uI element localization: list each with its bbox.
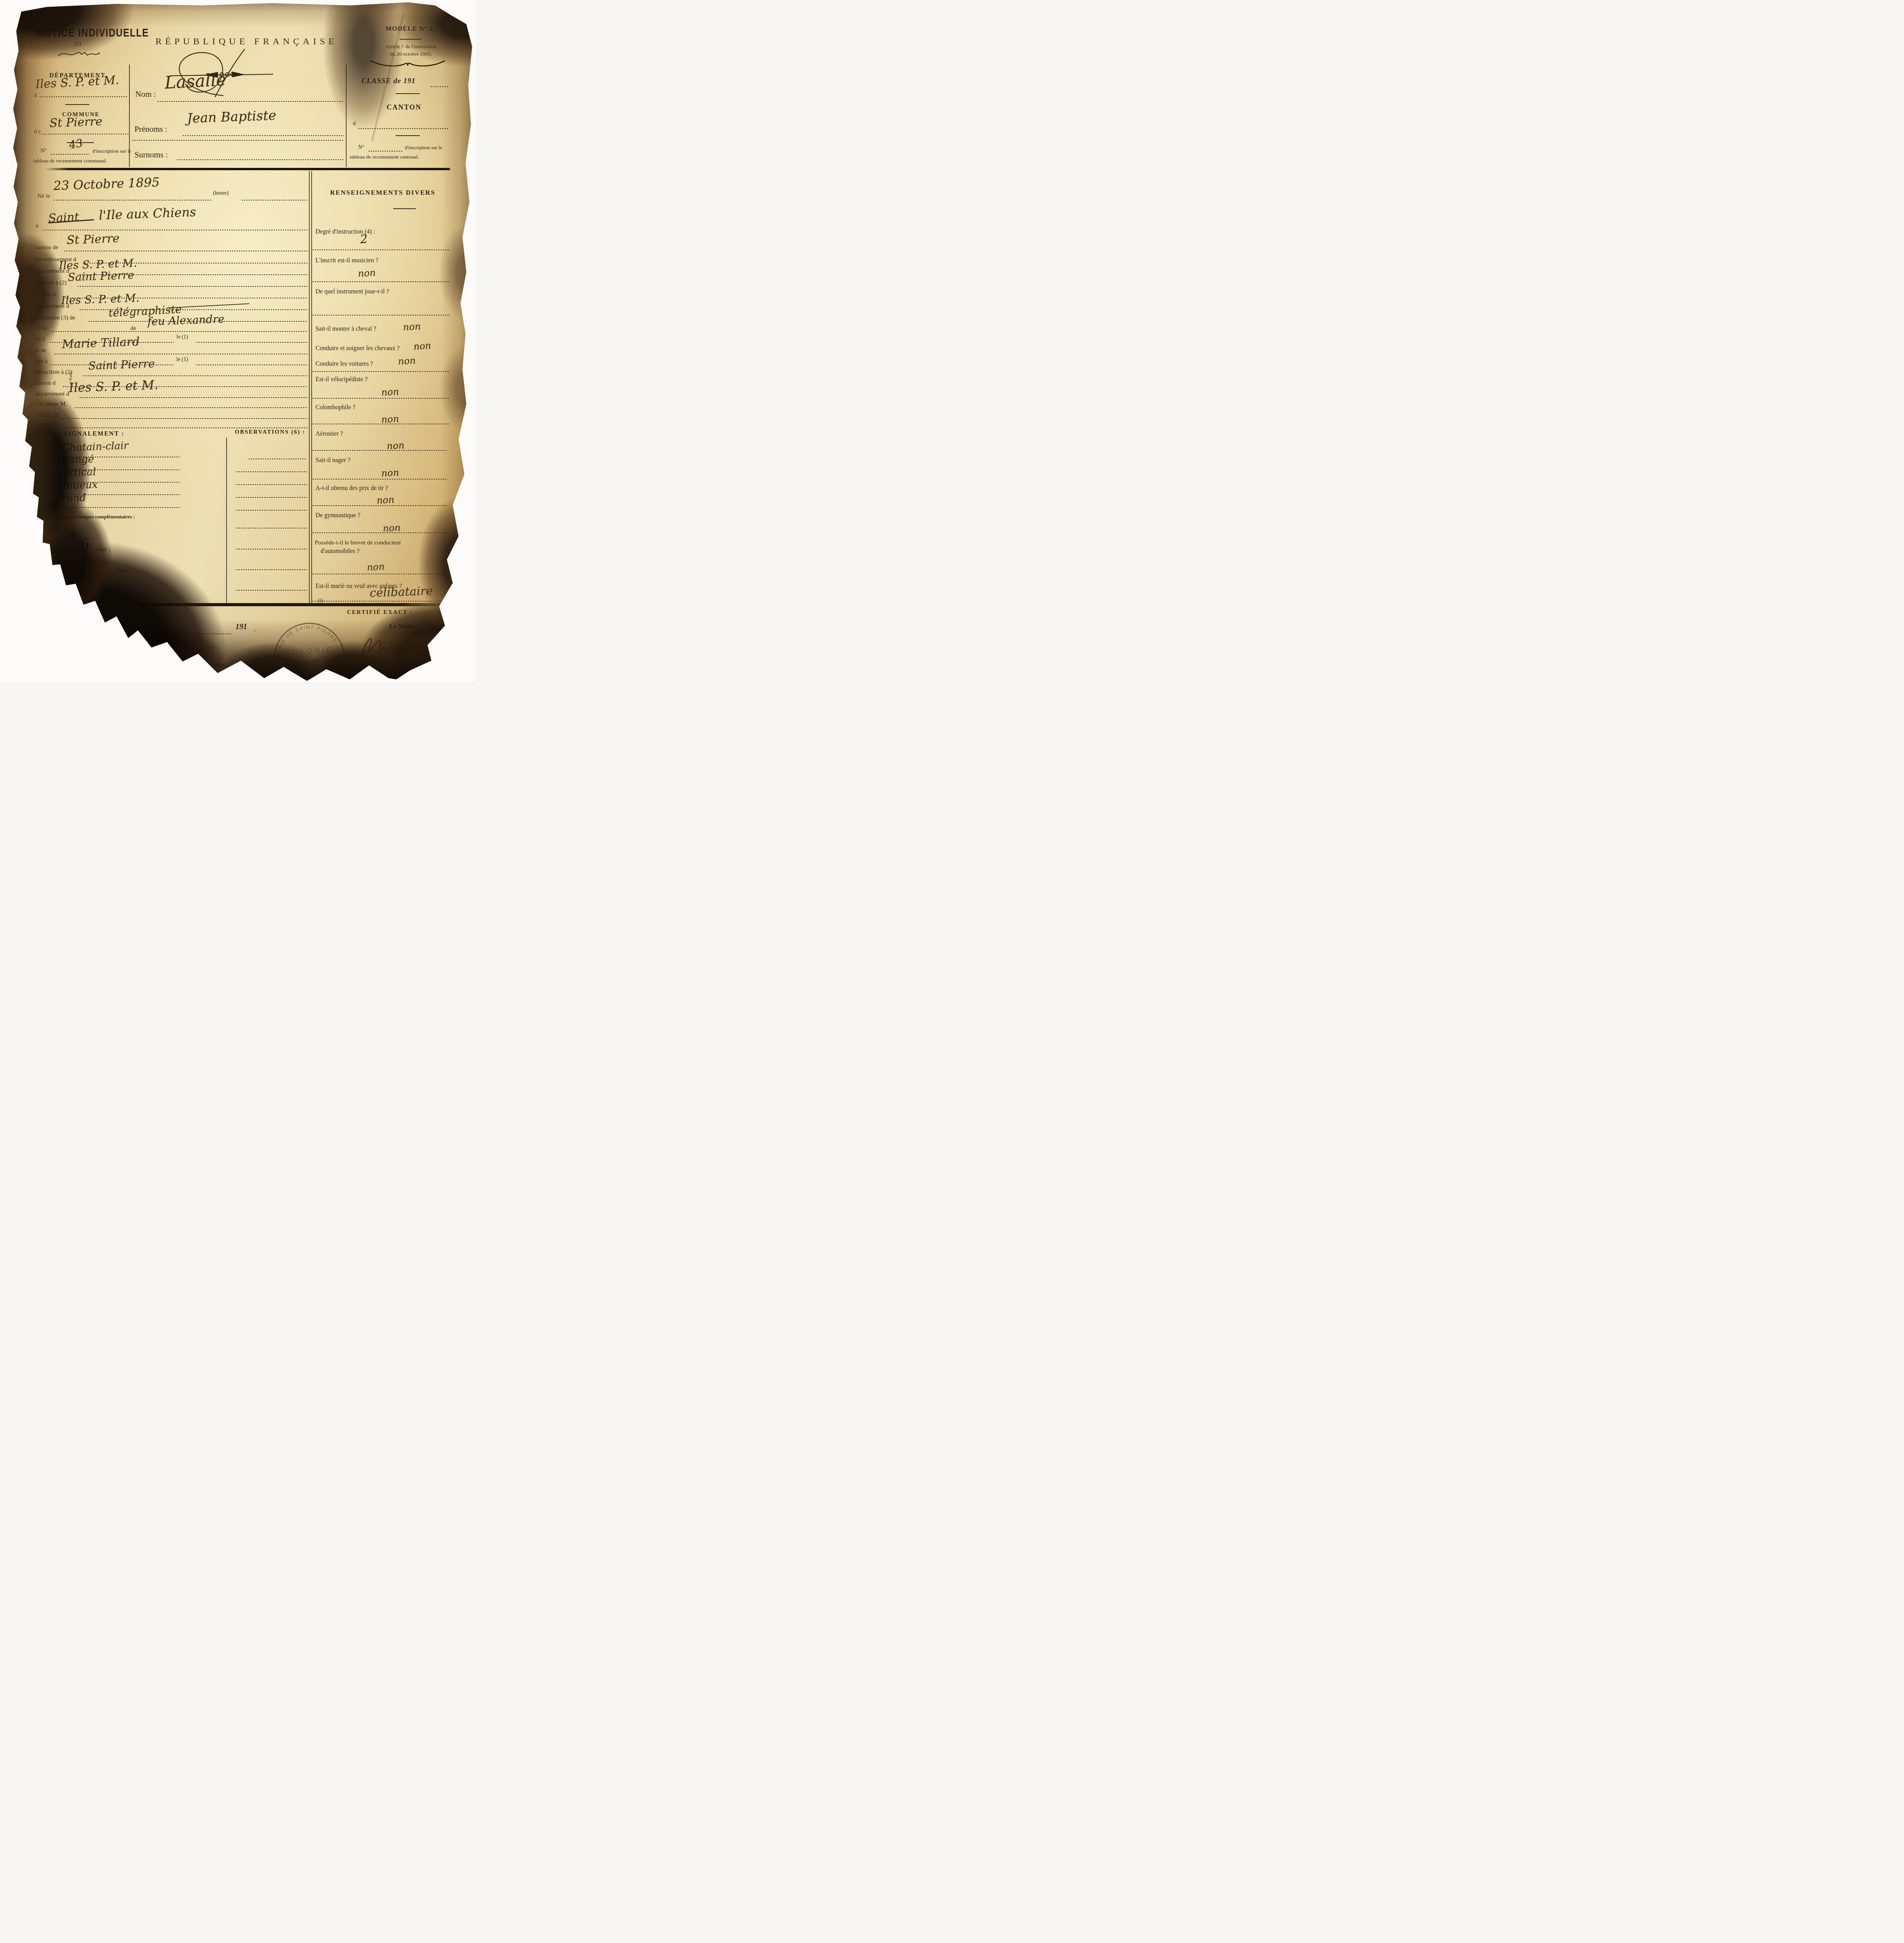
question-label: Aérostier ? — [316, 431, 343, 438]
departement-prefix: d — [34, 92, 37, 99]
observations-dotline — [236, 510, 307, 511]
civil-row-dotline — [54, 200, 211, 201]
left-cell-rule1 — [65, 104, 89, 105]
question-dotline — [312, 315, 449, 316]
canton-dotline — [358, 128, 448, 129]
taille-unit: cent. ; — [96, 546, 111, 553]
printer-imprint: et Paris. — [68, 371, 73, 385]
body-divider-outer — [309, 171, 310, 603]
question-label: De quel instrument joue-t-il ? — [316, 288, 389, 295]
renseignements-title: RENSEIGNEMENTS DIVERS — [319, 189, 447, 197]
signalement-entry: orangé — [58, 454, 94, 466]
observations-dotline — [236, 471, 307, 472]
commune-dotline — [41, 134, 128, 134]
civil-row-dotline — [75, 407, 308, 408]
notice-footnote: (1) — [75, 41, 81, 47]
observations-title: OBSERVATIONS (6) : — [233, 429, 307, 436]
communal-num-suffix: d'inscription sur le — [92, 148, 131, 154]
stamp-mairie-text: de la Mairie. — [298, 670, 328, 682]
question-dotline — [312, 371, 449, 372]
observations-dotline — [236, 569, 307, 570]
observations-divider — [226, 438, 227, 603]
question-answer: 2 — [360, 234, 368, 246]
classe-dotline — [431, 86, 449, 87]
nom-value: Lasalle — [164, 72, 227, 92]
observations-dotline — [236, 590, 307, 591]
question-answer: non — [381, 468, 399, 478]
question-dotline — [312, 424, 449, 424]
civil-row-dotline — [60, 418, 308, 419]
question-label: Est-il vélocipédiste ? — [316, 376, 368, 383]
question-dotline — [312, 479, 448, 480]
civil-row-dotline — [51, 331, 308, 332]
civil-row-value: feu Alexandre — [147, 314, 225, 327]
departement-value: Iles S. P. et M. — [35, 75, 119, 91]
civil-row-dotline — [196, 365, 308, 365]
burned-paper-sheet: NOTICE INDIVIDUELLE (1) RÉPUBLIQUE FRANÇ… — [0, 0, 476, 682]
question-answer: non — [398, 356, 416, 366]
civil-row-value: 23 Octobre 1895 — [53, 176, 160, 192]
mairie-stamp: MAIRIE DE SAINT-PIERRE COLONIE Cachet de… — [264, 613, 354, 682]
particulieres-label: rticulières : — [58, 589, 84, 595]
footer-date-dotline — [155, 633, 232, 634]
question-answer: non — [358, 268, 376, 278]
right-cell-rule2 — [396, 135, 420, 136]
civil-row-label: Profession (3) de — [34, 314, 75, 321]
civil-row-dotline — [84, 375, 308, 376]
metre-label: ètre — [71, 567, 79, 574]
civil-row-dotline — [196, 342, 308, 343]
civil-row-dotline — [242, 200, 308, 201]
question-label: L'inscrit est-il musicien ? — [316, 257, 378, 264]
question-dotline — [312, 249, 449, 250]
signalement-entry: Chatain-clair — [62, 441, 129, 453]
nom-label: Nom : — [135, 89, 156, 99]
question-answer: non — [367, 562, 385, 572]
metre-unit: cent. ; — [117, 567, 132, 574]
question-dotline — [312, 398, 449, 399]
civil-row-value: Saint Pierre — [88, 358, 155, 372]
civil-row-dotline — [64, 251, 308, 251]
civil-row-label: ement d — [36, 421, 55, 428]
question-answer: non — [381, 414, 399, 424]
footer-le-prefix: Le — [176, 663, 182, 670]
canton-label: CANTON — [387, 103, 422, 112]
question-dotline — [312, 601, 445, 602]
brace-ornament — [370, 59, 446, 69]
article-line1: Article 7 de l'instruction — [369, 44, 453, 50]
civil-row-label: canton d — [35, 291, 56, 298]
center-empty-dotline — [132, 140, 344, 141]
form-content: NOTICE INDIVIDUELLE (1) RÉPUBLIQUE FRANÇ… — [0, 0, 476, 682]
signalement-dotline — [58, 507, 180, 508]
right-cell-rule1 — [396, 93, 420, 94]
certifie-label: CERTIFIÉ EXACT : — [347, 609, 413, 616]
question-answer: non — [381, 387, 399, 397]
surnoms-label: Surnoms : — [134, 150, 168, 160]
footer-le-label: le — [148, 624, 152, 631]
grid-divider-right — [346, 65, 347, 167]
footer-prefet-label: Préfet, — [210, 662, 226, 669]
signalement-entry: rond — [62, 493, 86, 504]
stamp-colonie-text: COLONIE — [284, 646, 333, 657]
civil-row-label: canton de — [35, 244, 58, 251]
civil-row-label: née à — [35, 358, 47, 365]
question-label: Conduire les voitures ? — [316, 361, 373, 368]
civil-row-dotline — [43, 230, 308, 230]
civil-row-label: cilié à (2) — [36, 412, 59, 419]
body-divider-inner — [311, 171, 312, 603]
signalement-entry: vertical — [57, 467, 96, 478]
commune-value: St Pierre — [49, 116, 103, 129]
observations-dotline — [249, 459, 307, 459]
canton-prefix: d — [353, 120, 356, 127]
question-label: Conduire et soigner les chevaux ? — [316, 345, 399, 352]
question-answer: non — [413, 341, 431, 351]
communal-num-line2: tableau de recensement communal. — [33, 158, 107, 164]
footer-year: 191 — [235, 623, 247, 631]
civil-row-value: Iles S. P. et M. — [69, 378, 159, 394]
question-answer: non — [387, 441, 405, 451]
question-label-line2: d'automobiles ? — [321, 548, 359, 555]
question-label: De gymnastique ? — [316, 512, 361, 519]
civil-row-dotline — [61, 427, 308, 428]
taille-value: 6 — [80, 537, 91, 552]
prenoms-value: Jean Baptiste — [187, 109, 277, 125]
civil-row-label: Fils — [38, 325, 47, 332]
question-answer: non — [403, 322, 421, 332]
signalement-entry: sinueux — [58, 480, 98, 491]
question-label: Sait-il monter à cheval ? — [316, 326, 376, 333]
question-label: Sait-il nager ? — [316, 457, 350, 464]
civil-row-dotline — [54, 354, 308, 354]
communal-num-value: 43 — [68, 138, 84, 151]
nom-dotline — [157, 101, 344, 102]
observations-dotline — [236, 549, 307, 549]
civil-row-value: St Pierre — [66, 233, 120, 246]
question-dotline — [312, 281, 449, 282]
question-answer: non — [383, 523, 401, 533]
observations-dotline — [236, 528, 307, 528]
metre-dotline — [84, 574, 115, 574]
civil-row-label: le tuteur M. — [39, 401, 67, 408]
signalement-title: SIGNALEMENT : — [64, 431, 124, 438]
footer-vu-label: Vu : — [206, 644, 219, 651]
stamp-cachet-text: Cachet — [300, 656, 320, 667]
surnoms-dotline — [177, 159, 344, 160]
civil-row-dotline — [80, 397, 308, 398]
civil-row-suffix: le (1) — [176, 357, 188, 363]
prenoms-dotline — [183, 135, 344, 136]
commune-prefix: d e — [34, 129, 41, 135]
question-label: Possède-t-il le brevet de conducteur — [315, 539, 401, 546]
observations-dotline — [236, 497, 307, 498]
observations-dotline — [236, 484, 307, 485]
cantonal-num-dotline — [368, 151, 403, 152]
cantonal-num-prefix: N° — [358, 145, 364, 151]
renseignements-rule — [393, 208, 416, 209]
civil-row-label: résidant à (2) — [35, 279, 67, 286]
mayor-signature — [359, 629, 453, 668]
question-dotline — [312, 450, 448, 451]
civil-row-suffix: (heure) — [213, 190, 228, 197]
question-label: A-t-il obtenu des prix de tir ? — [316, 485, 388, 492]
civil-row-label: domiciliée à (2) — [34, 369, 72, 376]
complementaires-label: physionomiques complémentaires : — [59, 514, 135, 520]
question-dotline — [312, 532, 446, 533]
footer-prefet-dotline — [183, 670, 207, 671]
republic-title: RÉPUBLIQUE FRANÇAISE — [155, 37, 338, 47]
civil-row-value: Saint Pierre — [68, 270, 134, 283]
question-answer: célibataire — [370, 585, 433, 599]
civil-row-label: à — [36, 222, 38, 229]
classe-label: CLASSE de 191 — [361, 77, 416, 85]
prenoms-label: Prénoms : — [134, 124, 167, 134]
cantonal-num-suffix: d'inscription sur le — [405, 145, 442, 151]
civil-row-value: Iles S. P. et M. — [61, 293, 139, 306]
civil-row-value: Marie Tillard — [62, 336, 140, 351]
question-label: Colombophile ? — [316, 404, 356, 411]
question-dotline — [312, 574, 445, 574]
civil-row-label: département d — [35, 391, 69, 398]
civil-row-label: et de — [35, 347, 47, 354]
cantonal-num-line2: tableau de recensement cantonal. — [350, 154, 419, 160]
footer-thick-bar — [128, 603, 450, 606]
notice-title: NOTICE INDIVIDUELLE — [37, 26, 149, 40]
article-line2: du 20 octobre 1905. — [369, 51, 453, 57]
civil-row-label: Né le — [37, 193, 50, 200]
civil-row-label: né à — [35, 335, 45, 342]
civil-row-suffix: le (1) — [176, 334, 188, 340]
header-thick-bar — [45, 168, 450, 170]
question-answer: non — [377, 495, 395, 505]
communal-num-dotline — [51, 154, 89, 155]
taille-dotline — [58, 553, 94, 554]
notice-flourish-ornament — [58, 50, 101, 58]
footer-period: . — [254, 625, 256, 633]
modele-rule — [399, 39, 421, 40]
scanned-document-page: NOTICE INDIVIDUELLE (1) RÉPUBLIQUE FRANÇ… — [0, 0, 476, 682]
civil-row-dotline — [78, 286, 308, 287]
civil-row-value: l'Ile aux Chiens — [99, 206, 196, 222]
communal-num-prefix: N° — [40, 148, 47, 154]
modele-label: MODÈLE N° 2. — [385, 25, 435, 33]
question-dotline — [312, 505, 448, 506]
civil-row-label: canton d — [35, 380, 56, 387]
departement-dotline — [40, 96, 127, 97]
